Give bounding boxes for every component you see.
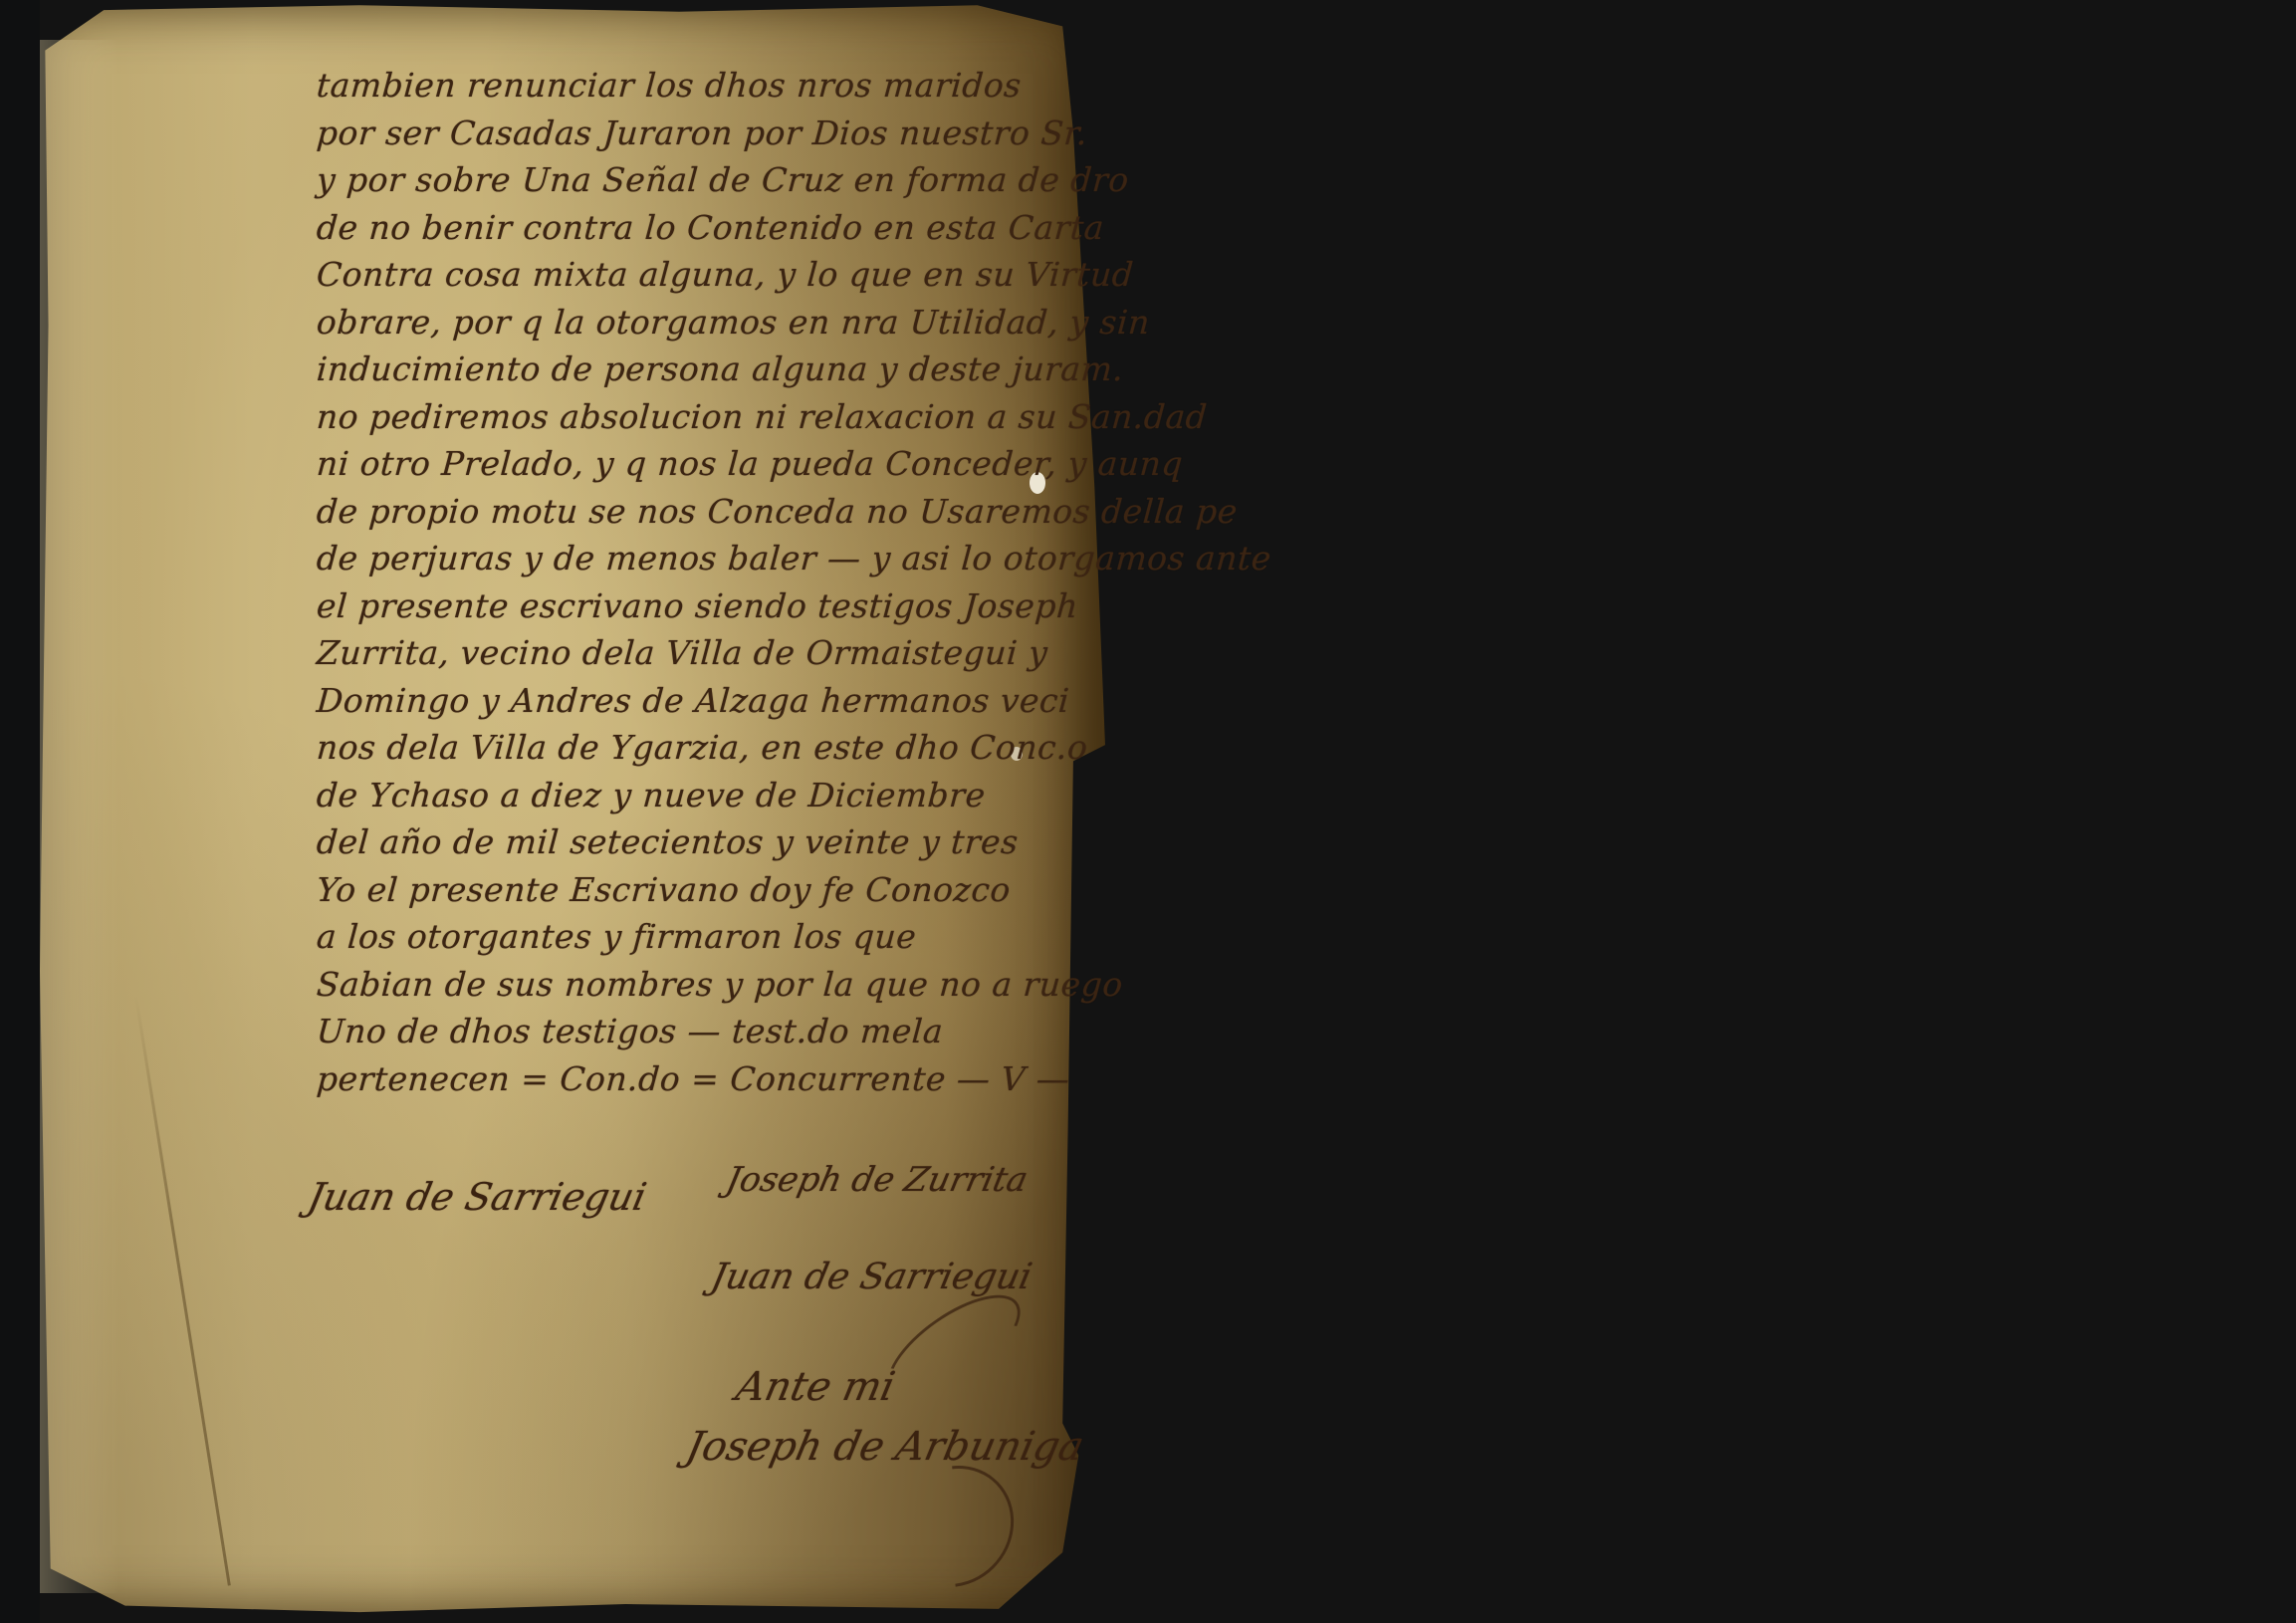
text-line: de Ychaso a diez y nueve de Diciembre: [315, 772, 1074, 819]
text-line: no pediremos absolucion ni relaxacion a …: [315, 393, 1074, 441]
text-line: de propio motu se nos Conceda no Usaremo…: [315, 488, 1074, 536]
text-line: obrare, por q la otorgamos en nra Utilid…: [315, 299, 1074, 347]
signature: Juan de Sarriegui: [304, 1175, 650, 1219]
viewer-left-border: [0, 0, 40, 1623]
text-line: y por sobre Una Señal de Cruz en forma d…: [315, 156, 1074, 204]
text-line: pertenecen = Con.do = Concurrente — V —: [315, 1055, 1074, 1103]
text-line: Uno de dhos testigos — test.do mela: [315, 1008, 1074, 1055]
text-line: de perjuras y de menos baler — y asi lo …: [315, 535, 1074, 582]
text-line: Yo el presente Escrivano doy fe Conozco: [315, 866, 1074, 914]
text-line: nos dela Villa de Ygarzia, en este dho C…: [315, 724, 1074, 772]
text-line: tambien renunciar los dhos nros maridos: [315, 62, 1074, 110]
text-line: Zurrita, vecino dela Villa de Ormaistegu…: [315, 629, 1074, 677]
signature: Juan de Sarriegui: [708, 1257, 1035, 1297]
text-line: Contra cosa mixta alguna, y lo que en su…: [315, 251, 1074, 299]
signature: Joseph de Zurrita: [723, 1160, 1032, 1200]
signature: Ante mi: [732, 1364, 899, 1410]
signature: Joseph de Arbuniga: [682, 1424, 1088, 1470]
text-line: el presente escrivano siendo testigos Jo…: [315, 582, 1074, 630]
text-line: a los otorgantes y firmaron los que: [315, 913, 1074, 961]
text-line: ni otro Prelado, y q nos la pueda Conced…: [315, 440, 1074, 488]
document-viewer: tambien renunciar los dhos nros maridos …: [0, 0, 2296, 1623]
text-line: inducimiento de persona alguna y deste j…: [315, 346, 1074, 393]
text-line: Sabian de sus nombres y por la que no a …: [315, 961, 1074, 1009]
text-line: del año de mil setecientos y veinte y tr…: [315, 818, 1074, 866]
text-line: por ser Casadas Juraron por Dios nuestro…: [315, 110, 1074, 157]
manuscript-text: tambien renunciar los dhos nros maridos …: [317, 62, 1073, 1102]
text-line: Domingo y Andres de Alzaga hermanos veci: [315, 677, 1074, 725]
text-line: de no benir contra lo Contenido en esta …: [315, 204, 1074, 252]
page-left-margin-fold: [40, 40, 119, 1593]
